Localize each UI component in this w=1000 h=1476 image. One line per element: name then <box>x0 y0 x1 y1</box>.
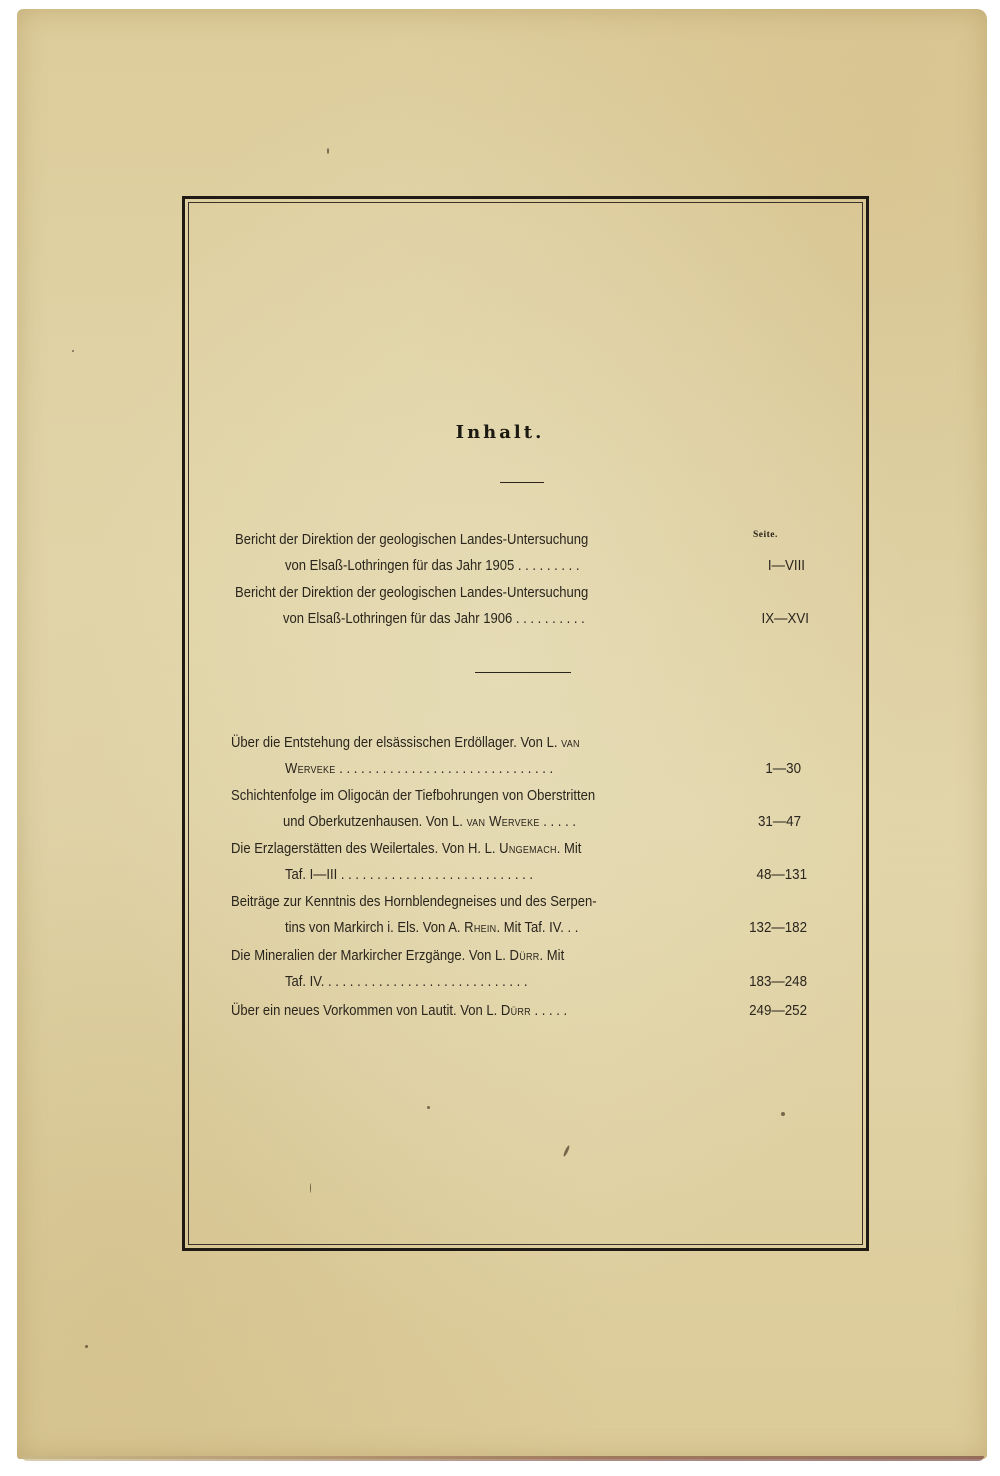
entry-page-range: 48—131 <box>724 862 807 888</box>
paper-bottom-edge <box>22 1456 984 1461</box>
toc-entry-report-1905: Bericht der Direktion der geologischen L… <box>235 527 805 579</box>
paper-blemish <box>310 1183 311 1193</box>
entry-page-range: 1—30 <box>718 756 801 782</box>
page-frame-border <box>182 196 869 1251</box>
entry-title-line-1: Die Erzlagerstätten des Weilertales. Von… <box>231 836 581 862</box>
entry-page-range: 249—252 <box>724 998 807 1024</box>
entry-title-line-2: Taf. IV. . . . . . . . . . . . . . . . .… <box>285 969 527 995</box>
toc-entry-article: Die Mineralien der Markircher Erzgänge. … <box>231 943 811 995</box>
entry-page-range: IX—XVI <box>726 606 809 632</box>
entry-page-range: I—VIII <box>722 553 805 579</box>
page-title: Inhalt. <box>0 422 1000 443</box>
paper-blemish <box>427 1106 430 1109</box>
title-divider <box>500 482 544 483</box>
entry-title-line-2: Werveke . . . . . . . . . . . . . . . . … <box>285 756 553 782</box>
paper-blemish <box>85 1345 88 1348</box>
paper-blemish <box>327 148 329 154</box>
entry-title-line-2: von Elsaß-Lothringen für das Jahr 1905 .… <box>285 553 580 579</box>
entry-title-line-2: von Elsaß-Lothringen für das Jahr 1906 .… <box>283 606 585 632</box>
paper-blemish <box>72 350 74 352</box>
toc-entry-article: Die Erzlagerstätten des Weilertales. Von… <box>231 836 811 888</box>
entry-title-line-2: tins von Markirch i. Els. Von A. Rhein. … <box>285 915 578 941</box>
entry-title-line-1: Beiträge zur Kenntnis des Hornblendegnei… <box>231 889 597 915</box>
entry-title-line-2: und Oberkutzenhausen. Von L. van Werveke… <box>283 809 576 835</box>
page-frame-inner-rule <box>188 202 863 1245</box>
entry-page-range: 132—182 <box>724 915 807 941</box>
entry-title-line-1: Über die Entstehung der elsässischen Erd… <box>231 730 580 756</box>
section-divider <box>475 672 571 673</box>
entry-title-line-1: Bericht der Direktion der geologischen L… <box>235 580 588 606</box>
toc-entry-article: Über die Entstehung der elsässischen Erd… <box>231 730 811 782</box>
entry-title-line-1: Bericht der Direktion der geologischen L… <box>235 527 588 553</box>
entry-title-line-1: Schichtenfolge im Oligocän der Tiefbohru… <box>231 783 595 809</box>
toc-entry-report-1906: Bericht der Direktion der geologischen L… <box>235 580 805 632</box>
toc-entry-article: Beiträge zur Kenntnis des Hornblendegnei… <box>231 889 811 941</box>
entry-page-range: 183—248 <box>724 969 807 995</box>
entry-page-range: 31—47 <box>718 809 801 835</box>
entry-title-line-1: Die Mineralien der Markircher Erzgänge. … <box>231 943 564 969</box>
entry-title-line-1: Über ein neues Vorkommen von Lautit. Von… <box>231 998 567 1024</box>
paper-blemish <box>781 1112 785 1116</box>
toc-entry-article: Über ein neues Vorkommen von Lautit. Von… <box>231 998 811 1024</box>
entry-title-line-2: Taf. I—III . . . . . . . . . . . . . . .… <box>285 862 533 888</box>
toc-entry-article: Schichtenfolge im Oligocän der Tiefbohru… <box>231 783 811 835</box>
